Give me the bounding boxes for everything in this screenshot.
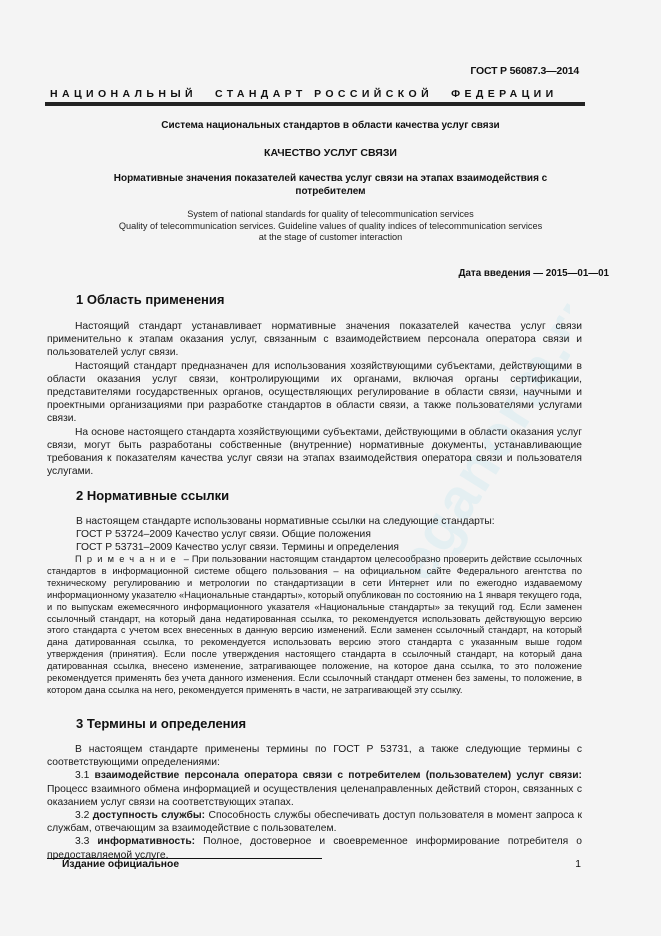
document-code: ГОСТ Р 56087.3—2014 <box>470 65 579 77</box>
references-list: В настоящем стандарте использованы норма… <box>76 515 586 555</box>
reference-item: ГОСТ Р 53724–2009 Качество услуг связи. … <box>76 528 586 541</box>
paragraph: На основе настоящего стандарта хозяйству… <box>47 426 582 479</box>
references-intro: В настоящем стандарте использованы норма… <box>76 515 586 528</box>
section-2-heading: 2 Нормативные ссылки <box>76 488 229 503</box>
subtitle: Нормативные значения показателей качеств… <box>60 172 601 198</box>
main-title: КАЧЕСТВО УСЛУГ СВЯЗИ <box>60 147 601 159</box>
national-standard-banner: НАЦИОНАЛЬНЫЙСТАНДАРТ РОССИЙСКОЙФЕДЕРАЦИИ <box>50 88 580 100</box>
section-3-body: В настоящем стандарте применены термины … <box>47 743 582 862</box>
header-rule <box>45 102 585 106</box>
section-1-heading: 1 Область применения <box>76 292 225 307</box>
section-3-heading: 3 Термины и определения <box>76 716 246 731</box>
english-title: System of national standards for quality… <box>60 209 601 244</box>
note-label: Примечание <box>75 554 181 564</box>
paragraph: Настоящий стандарт предназначен для испо… <box>47 360 582 426</box>
term-3-1: 3.1 взаимодействие персонала оператора с… <box>47 769 582 809</box>
introduction-date: Дата введения — 2015—01—01 <box>458 268 609 279</box>
term-3-2: 3.2 доступность службы: Способность служ… <box>47 809 582 835</box>
terms-intro: В настоящем стандарте применены термины … <box>47 743 582 769</box>
page-number: 1 <box>575 859 581 870</box>
edition-label: Издание официальное <box>62 859 179 870</box>
note-text: – При пользовании настоящим стандартом ц… <box>47 554 582 695</box>
reference-item: ГОСТ Р 53731–2009 Качество услуг связи. … <box>76 541 586 554</box>
series-title: Система национальных стандартов в област… <box>60 120 601 131</box>
section-1-body: Настоящий стандарт устанавливает нормати… <box>47 320 582 478</box>
document-page: meganorm.ru ГОСТ Р 56087.3—2014 НАЦИОНАЛ… <box>0 0 661 936</box>
paragraph: Настоящий стандарт устанавливает нормати… <box>47 320 582 360</box>
references-note: Примечание – При пользовании настоящим с… <box>47 554 582 697</box>
